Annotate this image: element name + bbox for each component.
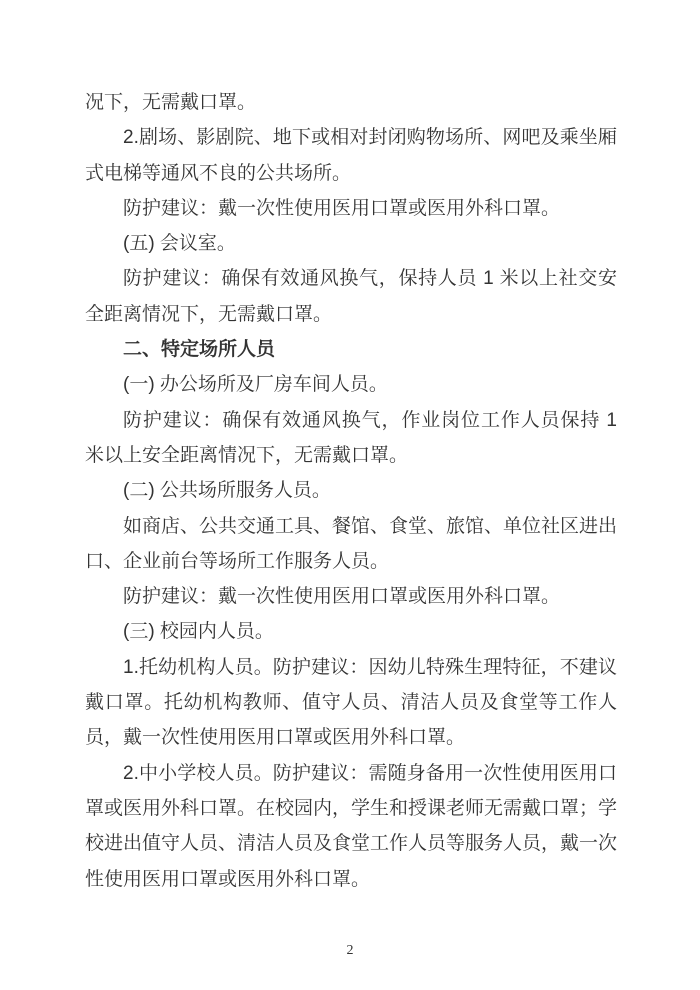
paragraph: 防护建议：确保有效通风换气，作业岗位工作人员保持 1 米以上安全距离情况下，无需… xyxy=(85,403,617,474)
paragraph: 2.中小学校人员。防护建议：需随身备用一次性使用医用口罩或医用外科口罩。在校园内… xyxy=(85,756,617,897)
paragraph: 如商店、公共交通工具、餐馆、食堂、旅馆、单位社区进出口、企业前台等场所工作服务人… xyxy=(85,509,617,580)
paragraph-continuation: 况下，无需戴口罩。 xyxy=(85,85,617,120)
sub-heading: (五) 会议室。 xyxy=(85,226,617,261)
page-footer: 2 xyxy=(0,941,700,959)
paragraph: 1.托幼机构人员。防护建议：因幼儿特殊生理特征，不建议戴口罩。托幼机构教师、值守… xyxy=(85,650,617,756)
page-number: 2 xyxy=(347,943,354,958)
paragraph: 防护建议：确保有效通风换气，保持人员 1 米以上社交安全距离情况下，无需戴口罩。 xyxy=(85,261,617,332)
paragraph: 防护建议：戴一次性使用医用口罩或医用外科口罩。 xyxy=(85,579,617,614)
sub-heading: (一) 办公场所及厂房车间人员。 xyxy=(85,367,617,402)
sub-heading: (三) 校园内人员。 xyxy=(85,614,617,649)
paragraph: 防护建议：戴一次性使用医用口罩或医用外科口罩。 xyxy=(85,191,617,226)
document-page: 况下，无需戴口罩。2.剧场、影剧院、地下或相对封闭购物场所、网吧及乘坐厢式电梯等… xyxy=(0,0,700,990)
section-heading: 二、特定场所人员 xyxy=(85,332,617,367)
sub-heading: (二) 公共场所服务人员。 xyxy=(85,473,617,508)
paragraph: 2.剧场、影剧院、地下或相对封闭购物场所、网吧及乘坐厢式电梯等通风不良的公共场所… xyxy=(85,120,617,191)
document-body: 况下，无需戴口罩。2.剧场、影剧院、地下或相对封闭购物场所、网吧及乘坐厢式电梯等… xyxy=(85,85,617,897)
